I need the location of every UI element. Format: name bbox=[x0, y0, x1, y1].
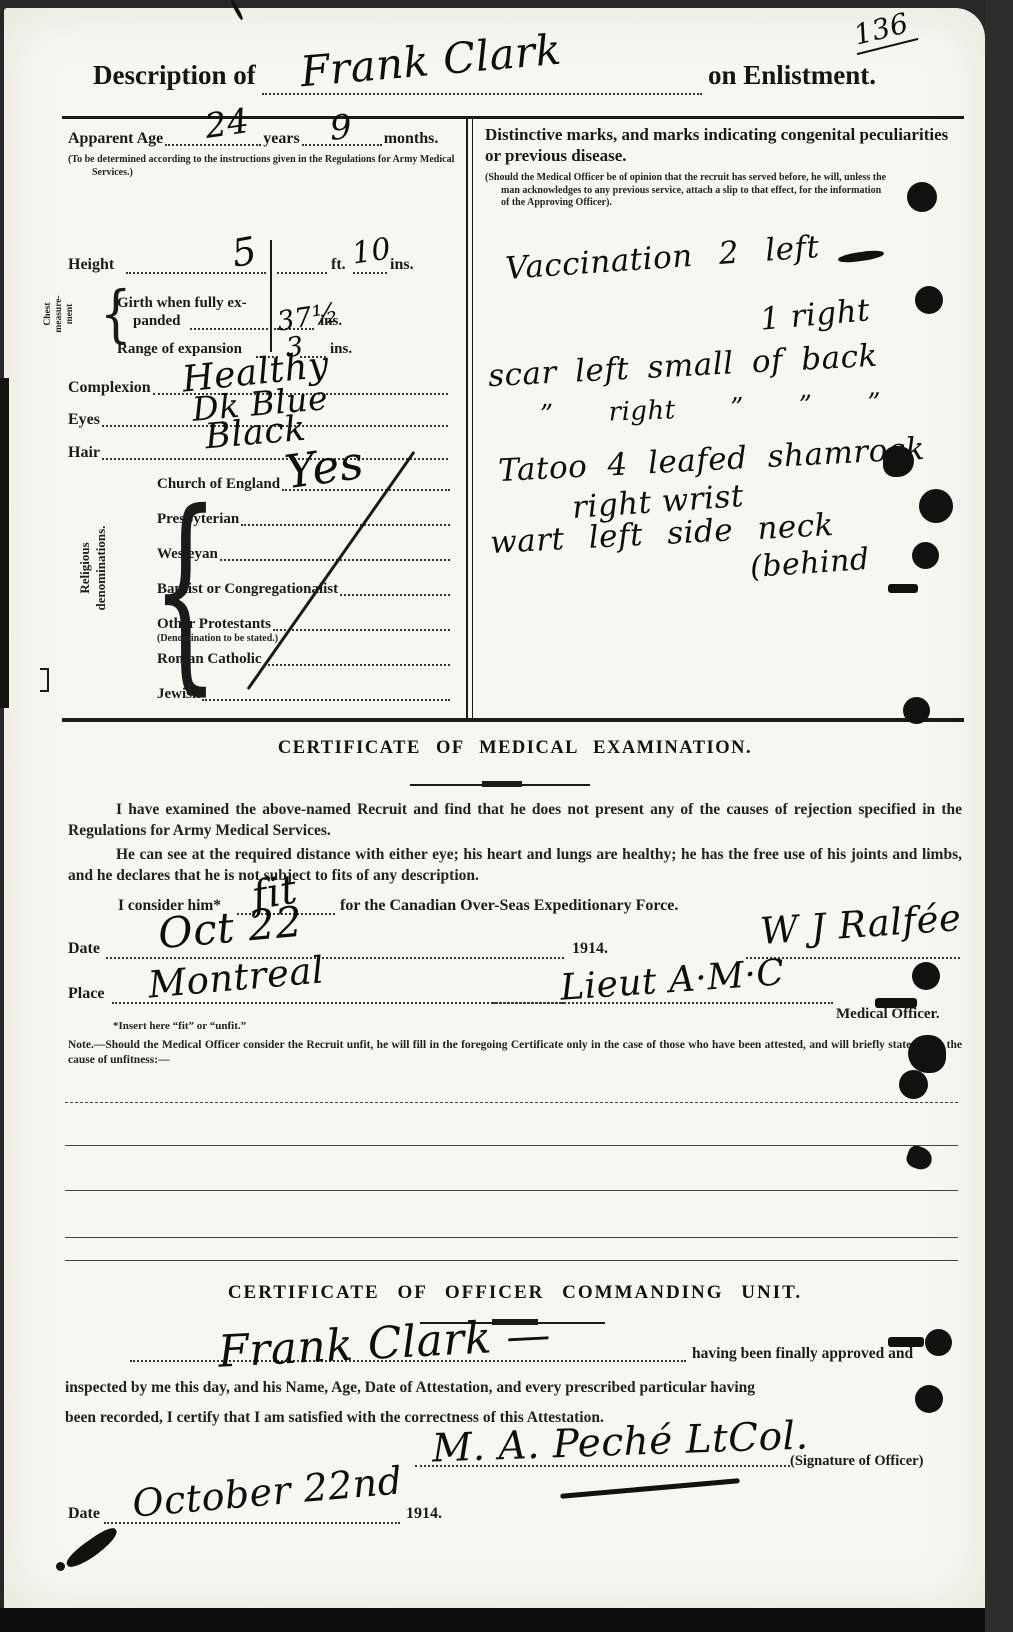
denomination-row: Roman Catholic bbox=[157, 650, 452, 668]
denomination-row: Other Protestants bbox=[157, 615, 452, 633]
age-years-value: 24 bbox=[202, 101, 251, 147]
ft-label: ft. bbox=[331, 255, 346, 274]
medical-paragraph-2: He can see at the required distance with… bbox=[68, 844, 962, 886]
dotted-leader bbox=[273, 626, 450, 631]
ink-bar bbox=[888, 1337, 924, 1347]
column-divider-2 bbox=[472, 119, 473, 720]
age-note: (To be determined according to the instr… bbox=[68, 154, 484, 179]
place-label: Place bbox=[68, 984, 104, 1003]
ink-blob bbox=[899, 1070, 928, 1099]
rank-signature-line bbox=[493, 1002, 833, 1004]
punch-hole bbox=[919, 489, 953, 523]
dotted-leader bbox=[340, 591, 450, 596]
apparent-age-label: Apparent Age bbox=[68, 129, 163, 148]
distinctive-marks-note: (Should the Medical Officer be of opinio… bbox=[485, 172, 891, 210]
apparent-age-row: Apparent Age years months. bbox=[68, 129, 464, 148]
bottom-rule bbox=[62, 718, 964, 722]
dotted-leader bbox=[264, 661, 450, 666]
girth-label-line1: Girth when fully ex- bbox=[117, 294, 247, 312]
left-edge-bar bbox=[0, 378, 9, 708]
dotted-leader bbox=[277, 272, 327, 274]
denomination-note: (Denomination to be stated.) bbox=[157, 633, 278, 646]
ink-blob bbox=[908, 1035, 946, 1073]
denomination-label: Roman Catholic bbox=[157, 650, 262, 668]
blank-line bbox=[65, 1102, 958, 1103]
denomination-label: Jewish bbox=[157, 685, 200, 703]
commanding-date-label: Date bbox=[68, 1504, 100, 1523]
denomination-row: Jewish bbox=[157, 685, 452, 703]
commanding-certificate-heading: CERTIFICATE OF OFFICER COMMANDING UNIT. bbox=[65, 1282, 965, 1304]
age-months-value: 9 bbox=[329, 107, 354, 148]
ink-speck bbox=[56, 1562, 65, 1571]
girth-units: ins. bbox=[320, 312, 342, 330]
dotted-leader bbox=[353, 272, 387, 274]
blank-line bbox=[65, 1145, 958, 1146]
punch-hole bbox=[915, 286, 943, 314]
height-inches-value: 10 bbox=[350, 231, 394, 271]
top-rule bbox=[62, 116, 964, 119]
right-scan-band bbox=[985, 0, 1013, 1632]
complexion-label: Complexion bbox=[68, 378, 151, 397]
girth-label-line2: panded bbox=[133, 312, 181, 330]
medical-paragraph-1: I have examined the above-named Recruit … bbox=[68, 799, 962, 841]
chest-brace: { bbox=[100, 282, 132, 346]
church-of-england-value: Yes bbox=[282, 435, 367, 499]
ins-label: ins. bbox=[390, 255, 414, 274]
denomination-label: Wesleyan bbox=[157, 545, 218, 563]
punch-hole bbox=[903, 697, 930, 724]
chest-measurement-vertical-label: Chest measure- ment bbox=[43, 279, 87, 349]
consider-suffix: for the Canadian Over-Seas Expeditionary… bbox=[340, 896, 678, 915]
ink-bar bbox=[875, 998, 917, 1008]
dotted-leader bbox=[102, 455, 448, 460]
denomination-row: Baptist or Congregationalist bbox=[157, 580, 452, 598]
blank-line bbox=[65, 1260, 958, 1261]
denomination-label: Presbyterian bbox=[157, 510, 239, 528]
officer-signature-line bbox=[415, 1465, 790, 1467]
years-label: years bbox=[263, 129, 299, 148]
expansion-units: ins. bbox=[330, 340, 352, 358]
blank-line bbox=[65, 1190, 958, 1191]
punch-hole bbox=[912, 542, 939, 569]
dotted-leader bbox=[202, 696, 450, 701]
dotted-leader bbox=[241, 521, 450, 526]
denomination-row: Wesleyan bbox=[157, 545, 452, 563]
punch-hole bbox=[925, 1329, 952, 1356]
medical-date-label: Date bbox=[68, 939, 100, 958]
insert-note: *Insert here “fit” or “unfit.” bbox=[113, 1020, 246, 1032]
dotted-leader bbox=[106, 957, 564, 959]
commanding-line-2: inspected by me this day, and his Name, … bbox=[65, 1377, 962, 1398]
denomination-label: Other Protestants bbox=[157, 615, 271, 633]
months-label: months. bbox=[384, 129, 439, 148]
inner-divider bbox=[270, 240, 272, 352]
commanding-date-year: 1914. bbox=[406, 1504, 442, 1523]
distinctive-marks-heading: Distinctive marks, and marks indicating … bbox=[485, 124, 963, 166]
approved-suffix: having been finally approved and bbox=[692, 1344, 913, 1363]
unfit-note: Note.—Should the Medical Officer conside… bbox=[68, 1038, 962, 1067]
punch-hole bbox=[907, 182, 937, 212]
denomination-label: Church of England bbox=[157, 475, 280, 493]
punch-hole bbox=[912, 962, 940, 990]
title-suffix: on Enlistment. bbox=[708, 60, 876, 91]
section-divider-thick bbox=[482, 781, 522, 787]
ink-bar bbox=[888, 584, 918, 593]
hair-label: Hair bbox=[68, 443, 100, 462]
denomination-row: Presbyterian bbox=[157, 510, 452, 528]
religious-denominations-vertical-label: Religious denominations. bbox=[77, 488, 113, 648]
medical-certificate-heading: CERTIFICATE OF MEDICAL EXAMINATION. bbox=[65, 738, 965, 759]
punch-hole bbox=[915, 1385, 943, 1413]
height-label: Height bbox=[68, 255, 114, 274]
medical-date-year: 1914. bbox=[572, 939, 608, 958]
column-divider bbox=[466, 119, 468, 720]
bottom-scan-bar bbox=[0, 1608, 1013, 1632]
dotted-leader bbox=[190, 328, 268, 330]
title-prefix: Description of bbox=[93, 60, 256, 91]
blank-line bbox=[65, 1237, 958, 1238]
bracket-artifact bbox=[40, 668, 49, 692]
signature-of-officer-label: (Signature of Officer) bbox=[790, 1452, 923, 1470]
eyes-label: Eyes bbox=[68, 410, 100, 429]
